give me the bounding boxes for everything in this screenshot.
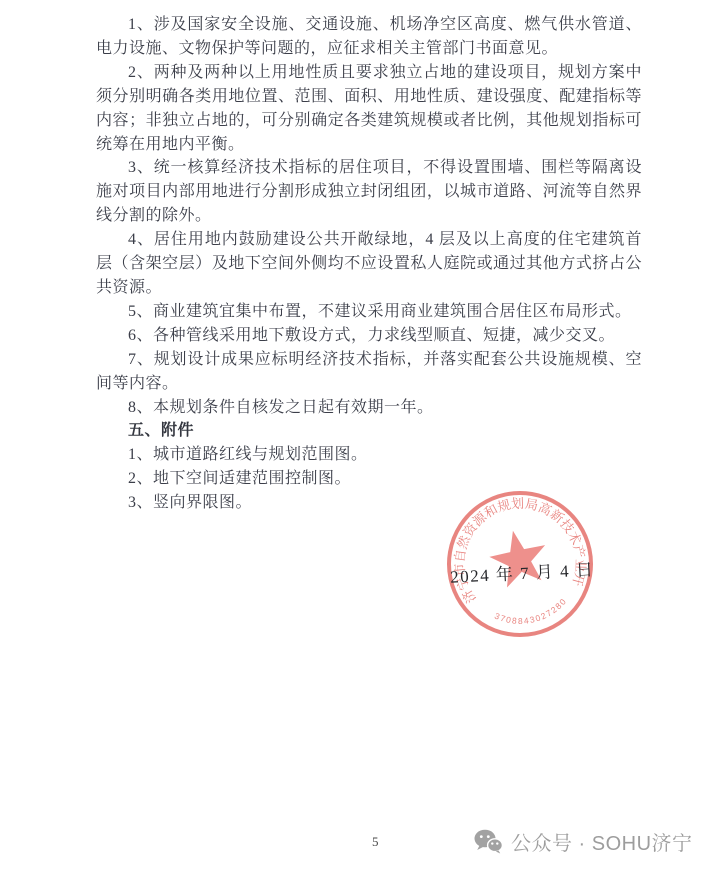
paragraph-5: 5、商业建筑宜集中布置，不建议采用商业建筑围合居住区布局形式。 bbox=[96, 300, 642, 324]
paragraph-7: 7、规划设计成果应标明经济技术指标，并落实配套公共设施规模、空间等内容。 bbox=[96, 348, 642, 396]
paragraph-8: 8、本规划条件自核发之日起有效期一年。 bbox=[96, 396, 642, 420]
attachment-item-1: 1、城市道路红线与规划范围图。 bbox=[96, 443, 642, 467]
document-body: 1、涉及国家安全设施、交通设施、机场净空区高度、燃气供水管道、电力设施、文物保护… bbox=[96, 13, 642, 515]
page-number: 5 bbox=[372, 834, 379, 850]
paragraph-4: 4、居住用地内鼓励建设公共开敞绿地，4 层及以上高度的住宅建筑首层（含架空层）及… bbox=[96, 228, 642, 300]
watermark-text: 公众号 · SOHU济宁 bbox=[511, 827, 693, 856]
document-page: 1、涉及国家安全设施、交通设施、机场净空区高度、燃气供水管道、电力设施、文物保护… bbox=[0, 0, 708, 869]
paragraph-1: 1、涉及国家安全设施、交通设施、机场净空区高度、燃气供水管道、电力设施、文物保护… bbox=[96, 13, 642, 61]
watermark: 公众号 · SOHU济宁 bbox=[474, 827, 693, 856]
paragraph-3: 3、统一核算经济技术指标的居住项目，不得设置围墙、围栏等隔离设施对项目内部用地进… bbox=[96, 156, 642, 228]
seal-serial-number: 3708843027280 bbox=[491, 594, 572, 632]
paragraph-6: 6、各种管线采用地下敷设方式，力求线型顺直、短捷，减少交叉。 bbox=[96, 324, 642, 348]
section-heading: 五、附件 bbox=[96, 419, 642, 443]
wechat-icon bbox=[474, 829, 503, 854]
paragraph-2: 2、两种及两种以上用地性质且要求独立占地的建设项目，规划方案中须分别明确各类用地… bbox=[96, 61, 642, 157]
